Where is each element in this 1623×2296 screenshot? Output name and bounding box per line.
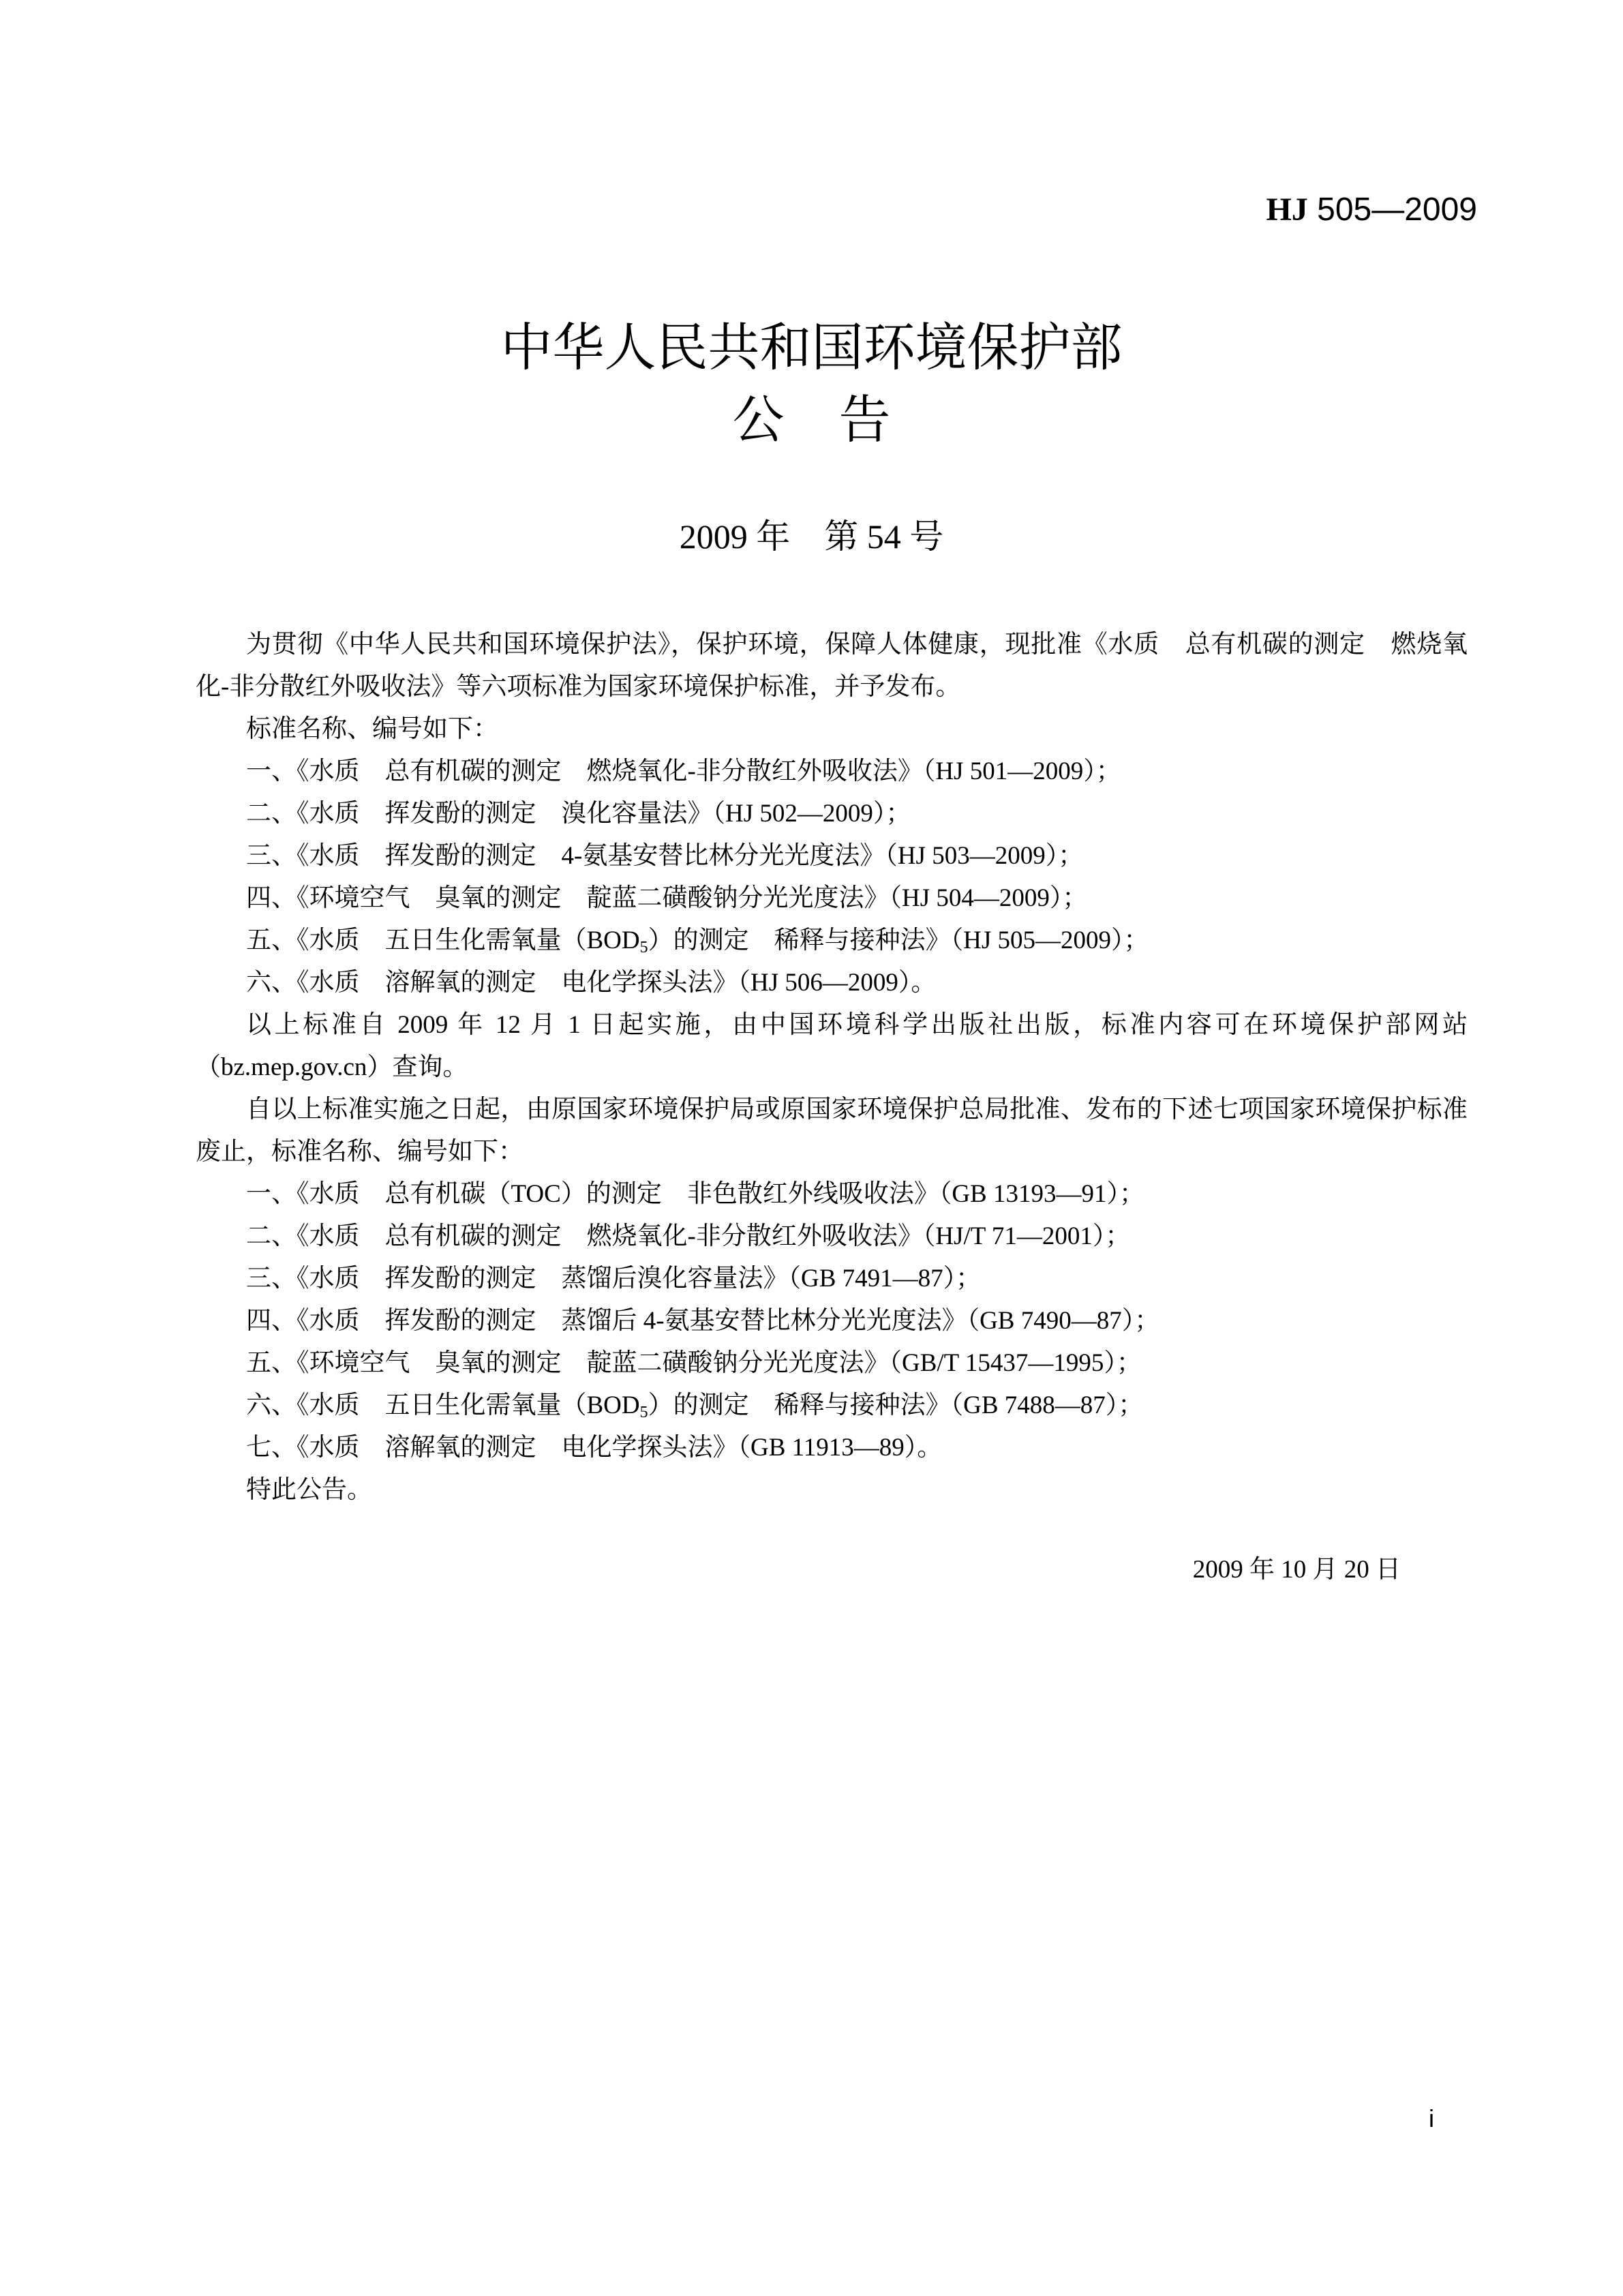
announcement-title: 公告 xyxy=(0,390,1623,451)
announcement-body: 为贯彻《中华人民共和国环境保护法》，保护环境，保障人体健康，现批准《水质 总有机… xyxy=(196,624,1468,1511)
standard-number: 505—2009 xyxy=(1308,192,1477,228)
list-heading: 标准名称、编号如下： xyxy=(196,708,1468,751)
list-item: 三、《水质 挥发酚的测定 4-氨基安替比林分光光度法》（HJ 503—2009）… xyxy=(196,835,1468,877)
list-item: 四、《水质 挥发酚的测定 蒸馏后 4-氨基安替比林分光光度法》（GB 7490—… xyxy=(196,1300,1468,1342)
list-item: 四、《环境空气 臭氧的测定 靛蓝二磺酸钠分光光度法》（HJ 504—2009）； xyxy=(196,877,1468,920)
issuer-title: 中华人民共和国环境保护部 xyxy=(0,318,1623,379)
list-item: 二、《水质 挥发酚的测定 溴化容量法》（HJ 502—2009）； xyxy=(196,793,1468,835)
abolish-paragraph: 自以上标准实施之日起，由原国家环境保护局或原国家环境保护总局批准、发布的下述七项… xyxy=(196,1089,1468,1173)
issue-number: 2009 年 第 54 号 xyxy=(0,513,1623,560)
new-standards-list: 一、《水质 总有机碳的测定 燃烧氧化-非分散红外吸收法》（HJ 501—2009… xyxy=(196,751,1468,1004)
list-item: 二、《水质 总有机碳的测定 燃烧氧化-非分散红外吸收法》（HJ/T 71—200… xyxy=(196,1215,1468,1258)
list-item: 五、《水质 五日生化需氧量（BOD5）的测定 稀释与接种法》（HJ 505—20… xyxy=(196,920,1468,962)
list-item: 七、《水质 溶解氧的测定 电化学探头法》（GB 11913—89）。 xyxy=(196,1427,1468,1469)
implementation-paragraph: 以上标准自 2009 年 12 月 1 日起实施，由中国环境科学出版社出版，标准… xyxy=(196,1004,1468,1089)
list-item: 五、《环境空气 臭氧的测定 靛蓝二磺酸钠分光光度法》（GB/T 15437—19… xyxy=(196,1342,1468,1385)
intro-paragraph: 为贯彻《中华人民共和国环境保护法》，保护环境，保障人体健康，现批准《水质 总有机… xyxy=(196,624,1468,708)
list-item: 一、《水质 总有机碳的测定 燃烧氧化-非分散红外吸收法》（HJ 501—2009… xyxy=(196,751,1468,793)
page-number: i xyxy=(1429,2105,1434,2132)
abolished-standards-list: 一、《水质 总有机碳（TOC）的测定 非色散红外线吸收法》（GB 13193—9… xyxy=(196,1173,1468,1469)
list-item: 一、《水质 总有机碳（TOC）的测定 非色散红外线吸收法》（GB 13193—9… xyxy=(196,1173,1468,1215)
standard-prefix: HJ xyxy=(1266,192,1307,228)
closing-line: 特此公告。 xyxy=(196,1469,1468,1511)
signature-date: 2009 年 10 月 20 日 xyxy=(1193,1553,1401,1587)
list-item: 六、《水质 五日生化需氧量（BOD5）的测定 稀释与接种法》（GB 7488—8… xyxy=(196,1385,1468,1427)
standard-code: HJ 505—2009 xyxy=(1266,190,1477,230)
list-item: 六、《水质 溶解氧的测定 电化学探头法》（HJ 506—2009）。 xyxy=(196,962,1468,1004)
list-item: 三、《水质 挥发酚的测定 蒸馏后溴化容量法》（GB 7491—87）； xyxy=(196,1258,1468,1300)
